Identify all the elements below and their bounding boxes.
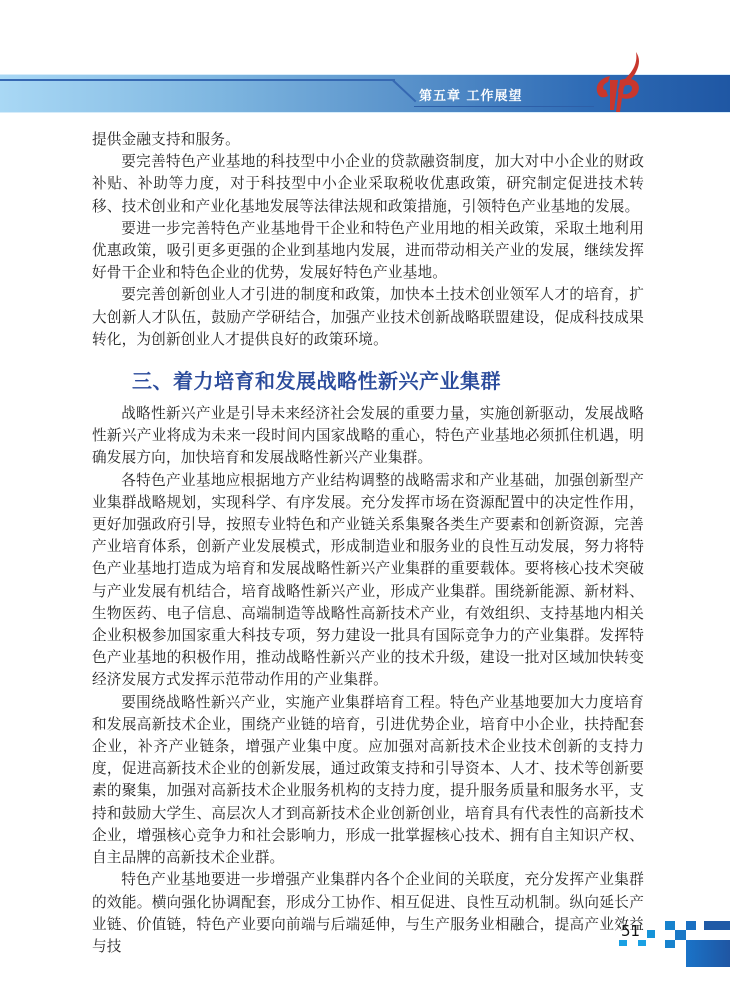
paragraph: 要完善特色产业基地的科技型中小企业的贷款融资制度，加大对中小企业的财政补贴、补助… <box>92 151 644 218</box>
paragraph: 特色产业基地要进一步增强产业集群内各个企业间的关联度，充分发挥产业集群的效能。横… <box>92 869 644 958</box>
paragraph: 要围绕战略性新兴产业，实施产业集群培育工程。特色产业基地要加大力度培育和发展高新… <box>92 692 644 870</box>
header-divider-line <box>0 79 395 81</box>
page-body: 提供金融支持和服务。 要完善特色产业基地的科技型中小企业的贷款融资制度，加大对中… <box>92 129 644 958</box>
torch-logo-icon <box>588 50 648 116</box>
section-heading: 三、着力培育和发展战略性新兴产业集群 <box>92 367 644 395</box>
header-underline <box>414 106 594 107</box>
page-number: 51 <box>621 922 640 940</box>
chapter-title: 第五章 工作展望 <box>419 85 523 104</box>
paragraph: 战略性新兴产业是引导未来经济社会发展的重要力量，实施创新驱动，发展战略性新兴产业… <box>92 403 644 470</box>
paragraph: 要进一步完善特色产业基地骨干企业和特色产业用地的相关政策，采取土地利用优惠政策，… <box>92 218 644 285</box>
paragraph: 提供金融支持和服务。 <box>92 129 644 151</box>
paragraph: 各特色产业基地应根据地方产业结构调整的战略需求和产业基础，加强创新型产业集群战略… <box>92 470 644 692</box>
paragraph: 要完善创新创业人才引进的制度和政策，加快本土技术创业领军人才的培育，扩大创新人才… <box>92 284 644 351</box>
